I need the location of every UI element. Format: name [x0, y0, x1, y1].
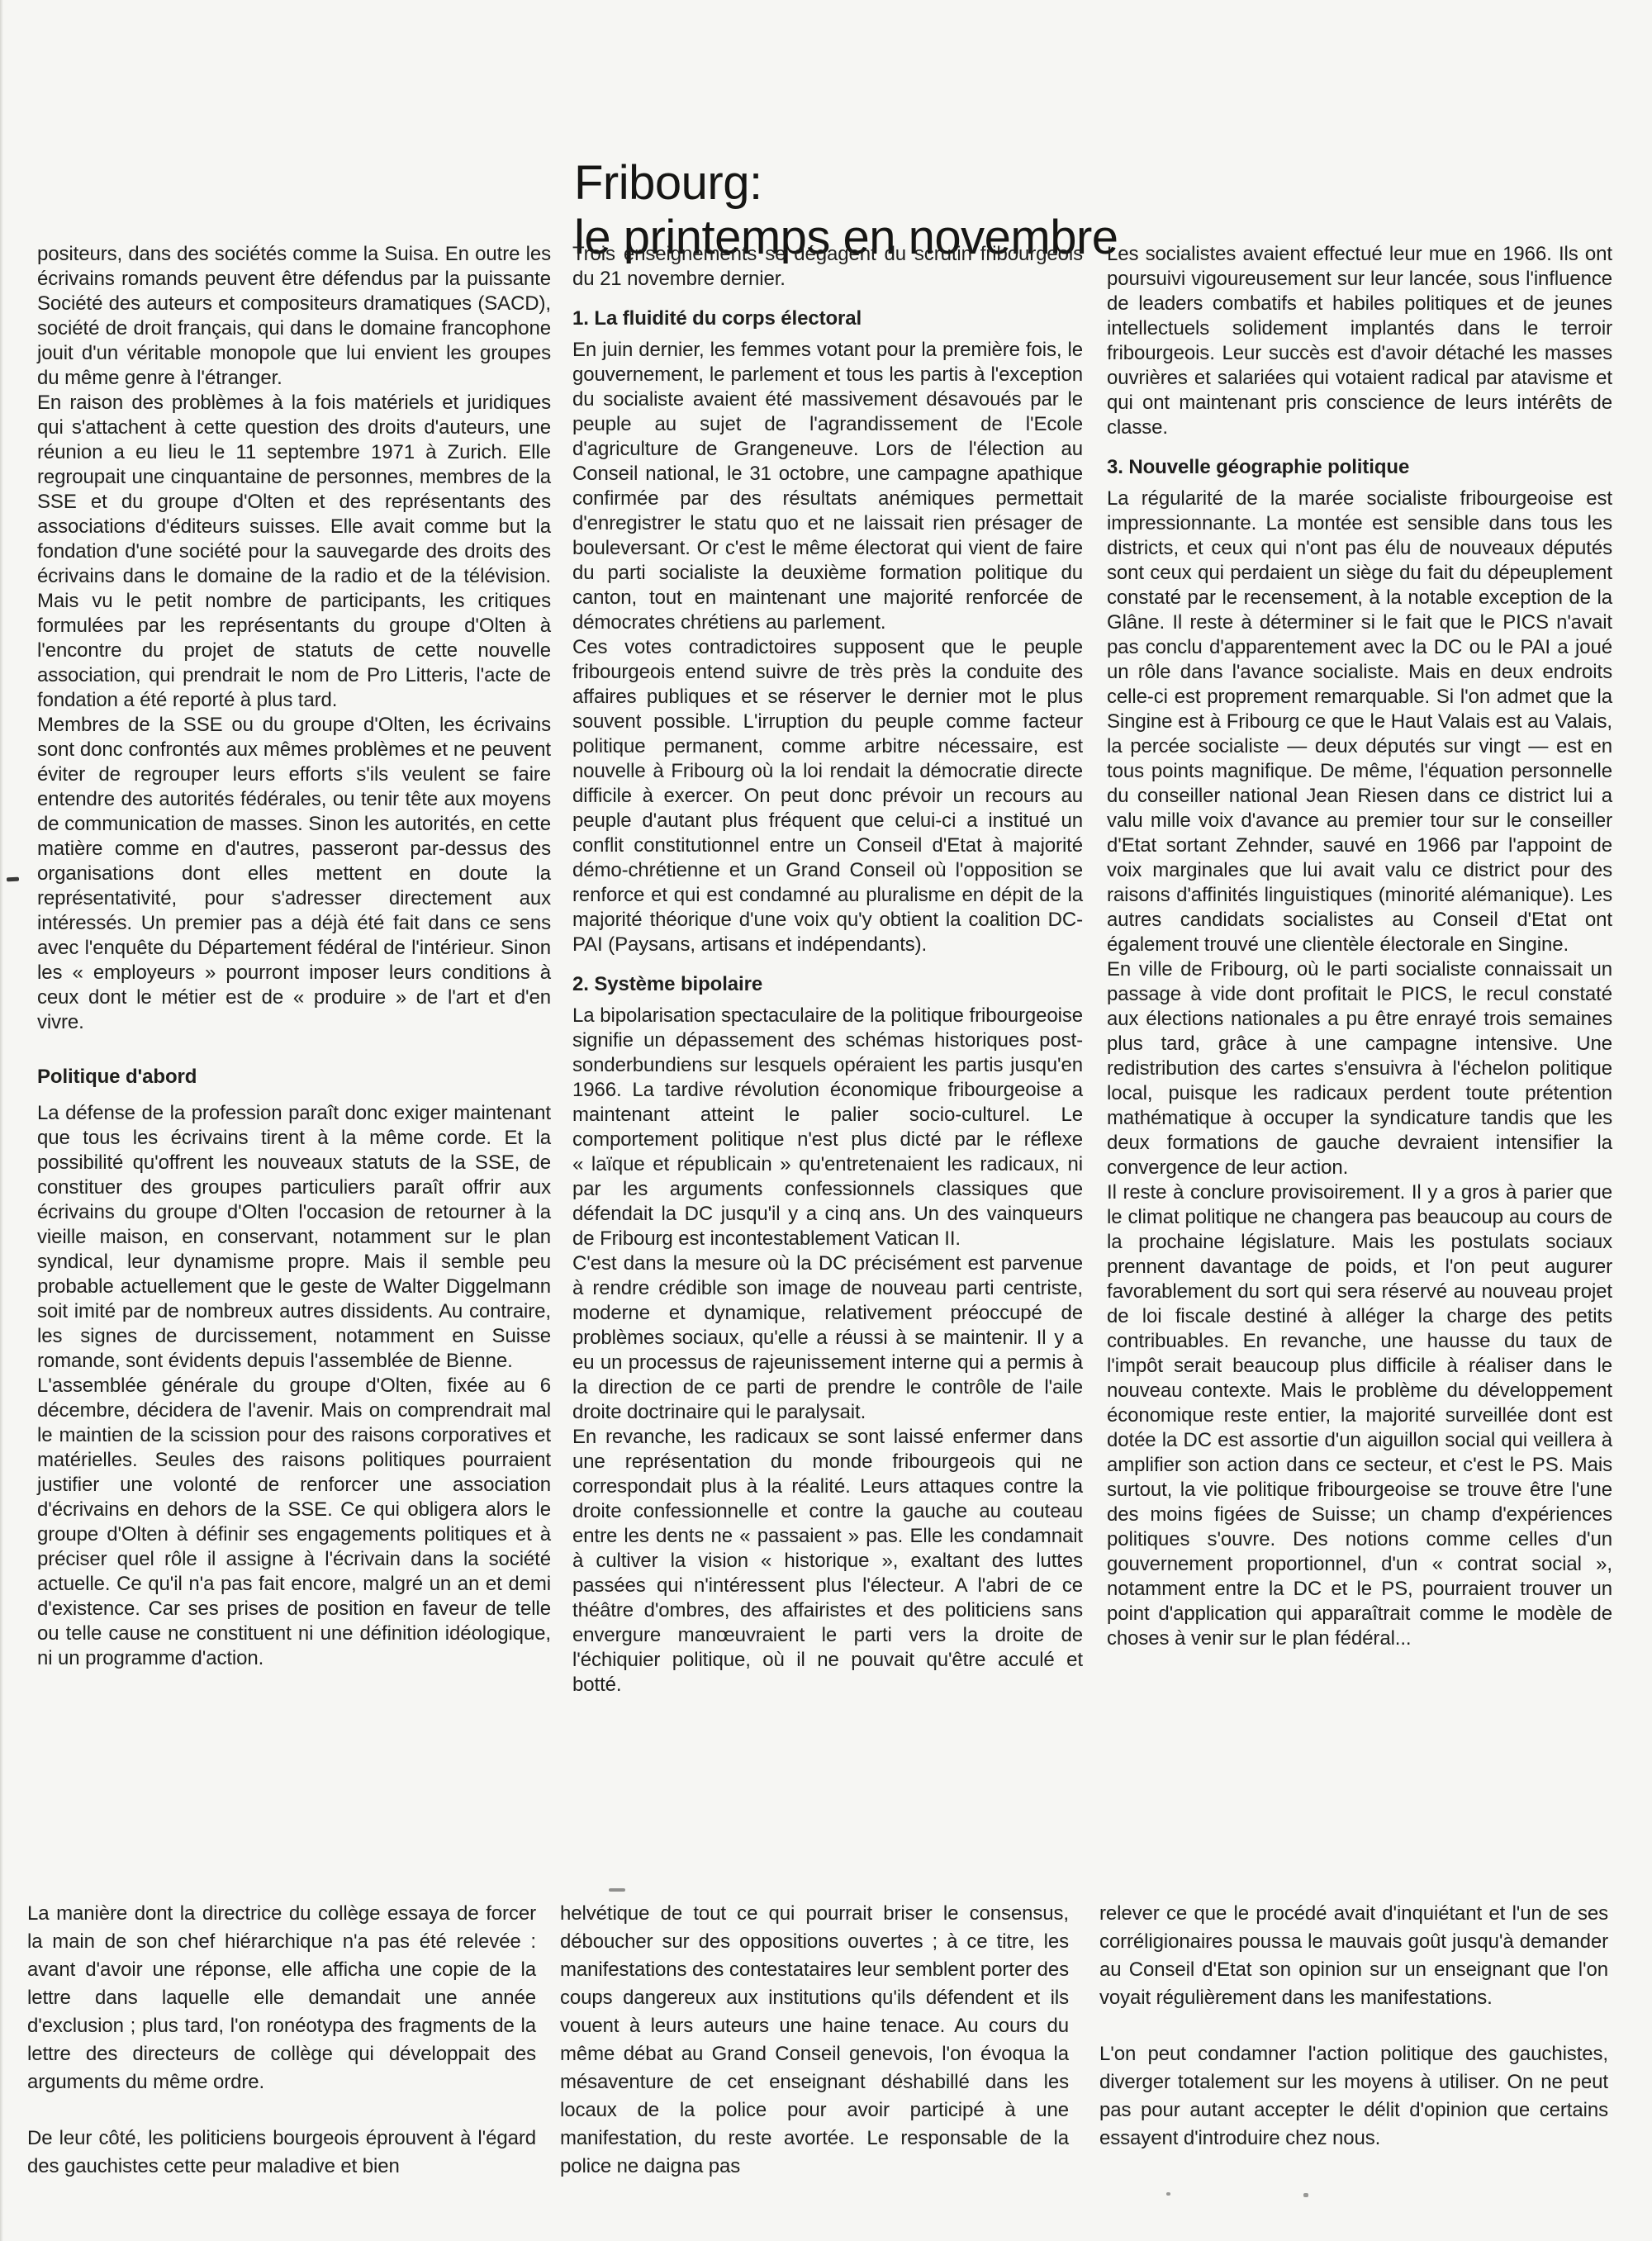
section-heading-3-nouvelle-geographie-politique: 3. Nouvelle géographie politique: [1107, 455, 1612, 480]
article-column-2: Trois enseignements se dégagent du scrut…: [572, 242, 1083, 1697]
article-paragraph: L'assemblée générale du groupe d'Olten, …: [37, 1374, 551, 1671]
footer-article-column-3: relever ce que le procédé avait d'inquié…: [1099, 1900, 1608, 2153]
footer-article-column-2: helvétique de tout ce qui pourrait brise…: [560, 1900, 1069, 2181]
footer-article-paragraph: La manière dont la directrice du collège…: [27, 1900, 536, 2096]
article-paragraph: Ces votes contradictoires supposent que …: [572, 635, 1083, 957]
article-paragraph: La défense de la profession paraît donc …: [37, 1101, 551, 1374]
article-paragraph: Les socialistes avaient effectué leur mu…: [1107, 242, 1612, 440]
article-paragraph: En ville de Fribourg, où le parti social…: [1107, 957, 1612, 1180]
article-column-1: positeurs, dans des sociétés comme la Su…: [37, 242, 551, 1671]
footer-article-paragraph: L'on peut condamner l'action politique d…: [1099, 2040, 1608, 2153]
article-title-line1: Fribourg:: [574, 156, 1118, 211]
section-heading-politique-dabord: Politique d'abord: [37, 1065, 551, 1090]
article-paragraph: La régularité de la marée socialiste fri…: [1107, 487, 1612, 957]
article-paragraph: La bipolarisation spectaculaire de la po…: [572, 1004, 1083, 1251]
scan-edge: [0, 0, 3, 2241]
article-paragraph: Membres de la SSE ou du groupe d'Olten, …: [37, 713, 551, 1035]
section-heading-2-systeme-bipolaire: 2. Système bipolaire: [572, 972, 1083, 997]
print-artifact-dash: [609, 1888, 625, 1892]
article-paragraph: positeurs, dans des sociétés comme la Su…: [37, 242, 551, 391]
print-speck: [1166, 2192, 1170, 2196]
footer-article-column-1: La manière dont la directrice du collège…: [27, 1900, 536, 2181]
footer-article-paragraph: helvétique de tout ce qui pourrait brise…: [560, 1900, 1069, 2181]
print-artifact-dash: [7, 877, 19, 882]
article-paragraph: En juin dernier, les femmes votant pour …: [572, 338, 1083, 635]
article-paragraph: Il reste à conclure provisoirement. Il y…: [1107, 1180, 1612, 1651]
footer-article-paragraph: relever ce que le procédé avait d'inquié…: [1099, 1900, 1608, 2012]
section-heading-1-fluidite-du-corps-electoral: 1. La fluidité du corps électoral: [572, 306, 1083, 331]
magazine-page: Fribourg: le printemps en novembre posit…: [0, 0, 1652, 2241]
article-paragraph: En raison des problèmes à la fois matéri…: [37, 391, 551, 713]
article-paragraph: En revanche, les radicaux se sont laissé…: [572, 1425, 1083, 1697]
print-speck: [1303, 2193, 1308, 2197]
article-paragraph: C'est dans la mesure où la DC précisémen…: [572, 1251, 1083, 1425]
footer-article-paragraph: De leur côté, les politiciens bourgeois …: [27, 2125, 536, 2181]
article-lede: Trois enseignements se dégagent du scrut…: [572, 242, 1083, 292]
article-column-3: Les socialistes avaient effectué leur mu…: [1107, 242, 1612, 1651]
